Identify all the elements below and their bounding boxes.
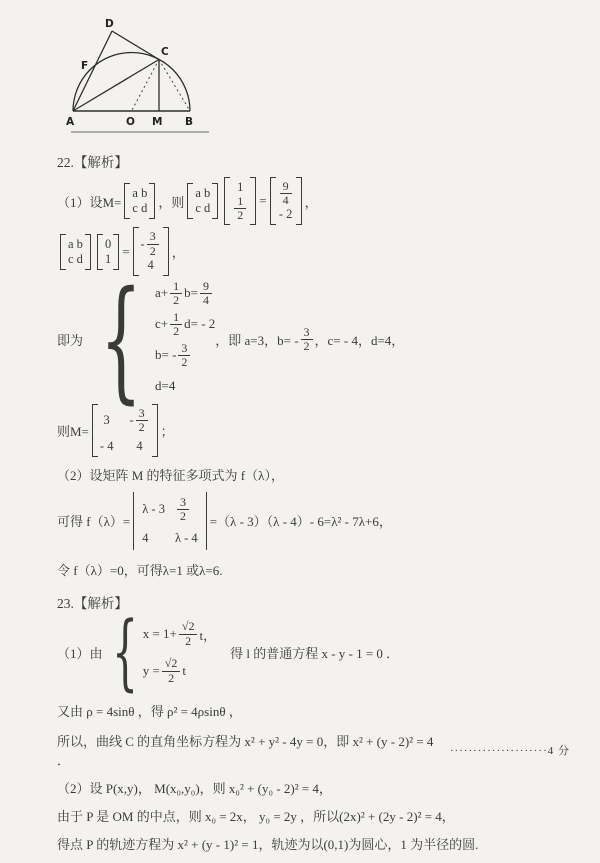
- point-label-o: O: [126, 116, 135, 128]
- fraction: 32: [301, 326, 313, 353]
- vector-result-1: 94 - 2: [270, 177, 302, 225]
- matrix-abcd: a b c d: [60, 234, 91, 270]
- text-segment: ，c= - 4，d=4，: [315, 330, 405, 349]
- point-label-f: F: [81, 60, 88, 72]
- solution-line: （2）设 P(x,y)， M(x₀,y₀)，则 x₀² + (y₀ - 2)² …: [57, 780, 570, 797]
- fraction: 94: [200, 280, 212, 307]
- text-segment: =（λ - 3）（λ - 4）- 6=λ² - 7λ+6，: [210, 511, 392, 530]
- equals-sign: =: [122, 244, 129, 260]
- text-segment: （1）设M=: [57, 192, 121, 211]
- equals-sign: =: [259, 193, 266, 209]
- matrix-m-result: 3 - 32 - 4 4: [92, 404, 158, 457]
- eq-line-determinant: 可得 f（λ）= λ - 3 32 4 λ - 4 =（λ - 3）（λ - 4…: [57, 492, 570, 549]
- fraction: √22: [179, 620, 198, 647]
- equation-system: x = 1+ √22 t， y = √22 t: [143, 616, 216, 690]
- system-row: x = 1+ √22 t，: [143, 616, 216, 653]
- eq-line-matrix-definition: （1）设M= a b c d ，则 a b c d 1 12 = 94 - 2 …: [57, 177, 570, 225]
- text-segment: 则M=: [57, 421, 89, 440]
- header-text: 22.【解析】: [57, 155, 128, 170]
- point-label-b: B: [185, 116, 193, 128]
- left-brace: {: [100, 286, 142, 394]
- system-row: y = √22 t: [143, 653, 216, 690]
- eq-line-parametric: （1）由 { x = 1+ √22 t， y = √22 t 得 l 的普通方程…: [57, 616, 570, 690]
- fraction: 32: [136, 407, 148, 434]
- matrix-abcd: a b c d: [187, 183, 218, 219]
- text-segment: （1）由: [57, 643, 103, 662]
- solution-line: 由于 P 是 OM 的中点，则 x₀ = 2x， y₀ = 2y ，所以(2x)…: [57, 808, 570, 825]
- fraction: 32: [178, 342, 190, 369]
- text-segment: ，: [172, 242, 185, 261]
- segment-cb-dotted: [159, 60, 190, 112]
- matrix-abcd: a b c d: [124, 183, 155, 219]
- equation-system: a+ 12 b= 94 c+ 12 d= - 2 b= - 32 d=4: [155, 278, 215, 402]
- solution-line: 令 f（λ）=0，可得λ=1 或λ=6.: [57, 562, 570, 579]
- point-label-d: D: [105, 18, 114, 30]
- solution-line: 又由 ρ = 4sinθ ，得 ρ² = 4ρsinθ ，: [57, 703, 570, 720]
- point-label-m: M: [152, 116, 162, 128]
- text-segment: ，: [305, 192, 318, 211]
- text-segment: ；: [161, 421, 174, 440]
- solution-line: 得点 P 的轨迹方程为 x² + (y - 1)² = 1，轨迹为以(0,1)为…: [57, 836, 570, 853]
- solution-line: （2）设矩阵 M 的特征多项式为 f（λ），: [57, 467, 570, 484]
- text-segment: 即为: [57, 330, 83, 349]
- fraction: 94: [280, 180, 292, 207]
- scanned-solution-page: D F C A O M B 22.【解析】 （1）设M= a b c d ，则 …: [0, 0, 600, 863]
- text-segment: 可得 f（λ）=: [57, 511, 130, 530]
- eq-line-matrix-m: 则M= 3 - 32 - 4 4 ；: [57, 404, 570, 457]
- vector-1-half: 1 12: [224, 177, 256, 225]
- fraction: 32: [147, 230, 159, 257]
- text-segment: ，则: [158, 192, 184, 211]
- problem-22-header: 22.【解析】: [57, 154, 570, 171]
- fraction: 12: [234, 195, 246, 222]
- system-row: d=4: [155, 371, 215, 402]
- determinant: λ - 3 32 4 λ - 4: [133, 492, 206, 549]
- fraction: 32: [177, 496, 189, 523]
- left-brace: {: [112, 619, 138, 686]
- fraction: 12: [170, 280, 182, 307]
- geometry-figure: D F C A O M B: [57, 8, 217, 138]
- fraction: 12: [170, 311, 182, 338]
- system-row: b= - 32: [155, 340, 215, 371]
- point-label-a: A: [66, 116, 75, 128]
- segment-dc: [112, 31, 159, 60]
- solution-line-with-score: 所以，曲线 C 的直角坐标方程为 x² + y² - 4y = 0，即 x² +…: [57, 731, 570, 769]
- fraction: √22: [162, 657, 181, 684]
- system-row: c+ 12 d= - 2: [155, 309, 215, 340]
- eq-line-system: 即为 { a+ 12 b= 94 c+ 12 d= - 2 b= - 32 d=…: [57, 278, 570, 402]
- text-segment: 得 l 的普通方程 x - y - 1 = 0 ．: [230, 643, 399, 662]
- point-label-c: C: [161, 46, 169, 58]
- system-row: a+ 12 b= 94: [155, 278, 215, 309]
- score-dots: ·····················4 分: [450, 742, 570, 758]
- text-segment: ，即 a=3，b= -: [215, 330, 298, 349]
